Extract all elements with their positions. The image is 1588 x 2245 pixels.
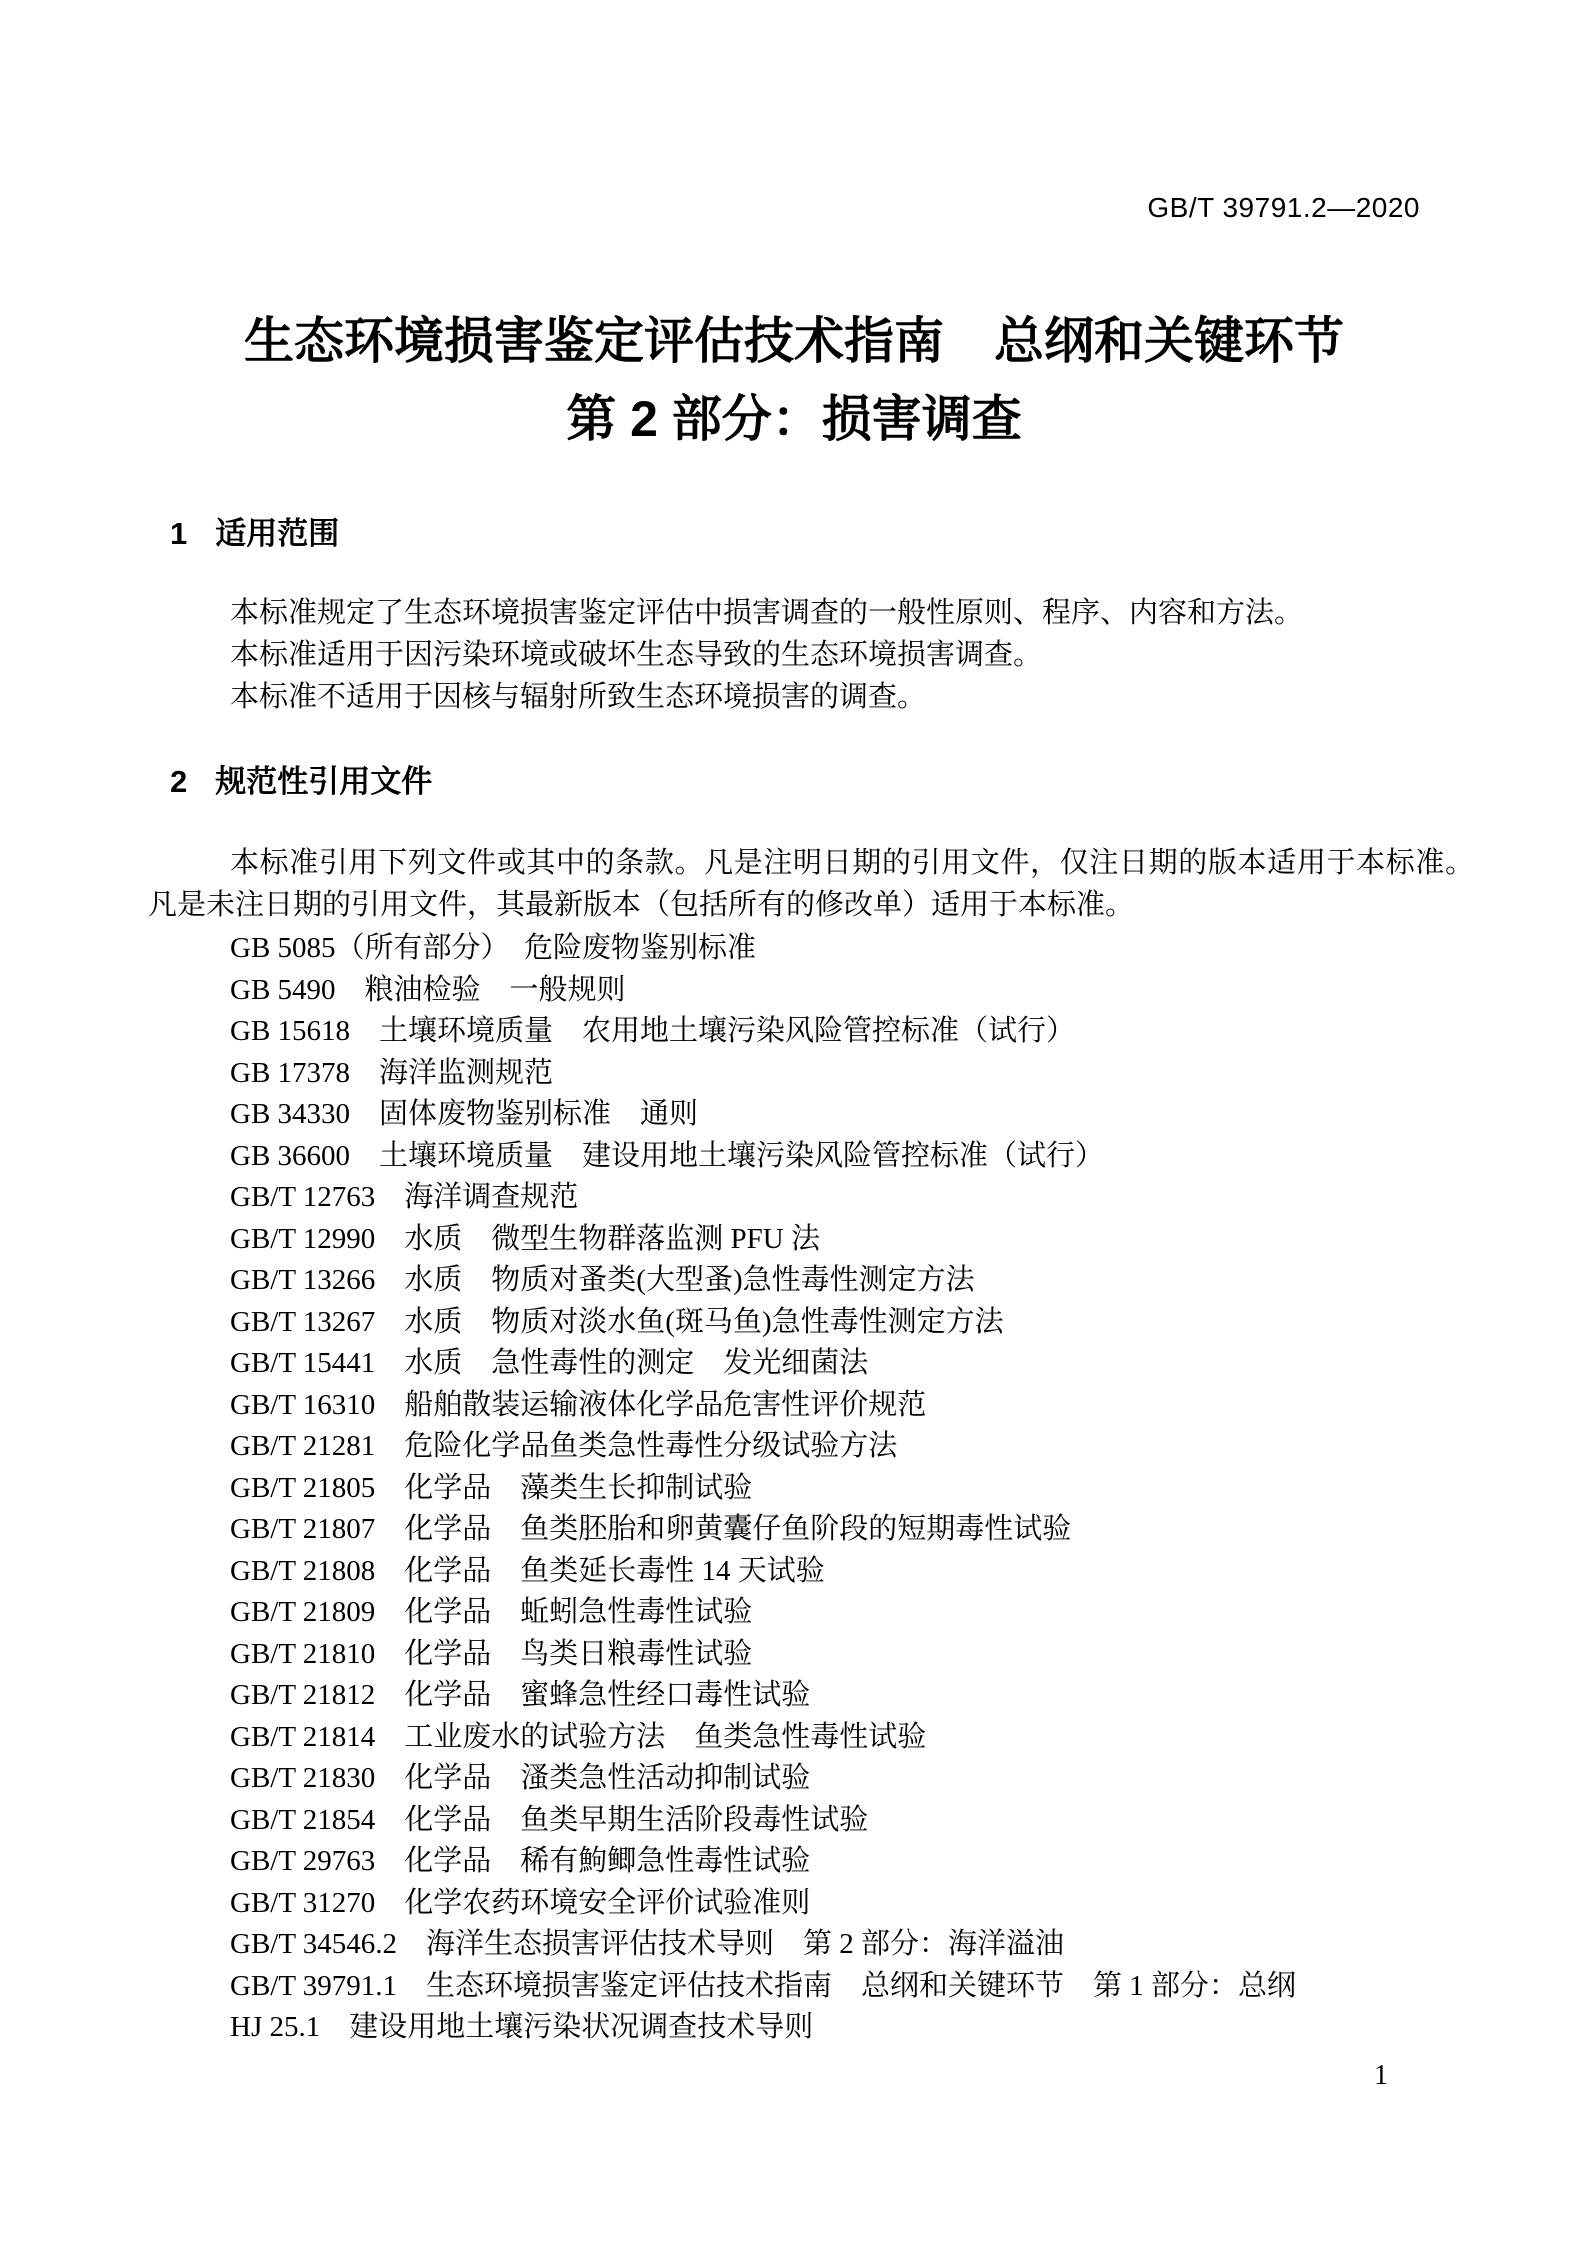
paragraph-line: 本标准引用下列文件或其中的条款。凡是注明日期的引用文件，仅注日期的版本适用于本标… (148, 842, 1474, 884)
reference-item: GB/T 21281 危险化学品鱼类急性毒性分级试验方法 (230, 1426, 1490, 1468)
paragraph: 本标准不适用于因核与辐射所致生态环境损害的调查。 (148, 676, 1474, 718)
reference-item: GB 34330 固体废物鉴别标准 通则 (230, 1094, 1490, 1136)
paragraph-line: 凡是未注日期的引用文件，其最新版本（包括所有的修改单）适用于本标准。 (148, 884, 1474, 926)
reference-item: GB/T 21809 化学品 蚯蚓急性毒性试验 (230, 1592, 1490, 1634)
reference-item: GB/T 29763 化学品 稀有鮈鲫急性毒性试验 (230, 1841, 1490, 1883)
reference-item: GB/T 21830 化学品 溞类急性活动抑制试验 (230, 1758, 1490, 1800)
reference-item: GB/T 34546.2 海洋生态损害评估技术导则 第 2 部分：海洋溢油 (230, 1924, 1490, 1966)
document-title: 生态环境损害鉴定评估技术指南 总纲和关键环节 第 2 部分：损害调查 (0, 316, 1588, 444)
reference-item: GB/T 21814 工业废水的试验方法 鱼类急性毒性试验 (230, 1717, 1490, 1759)
document-page: GB/T 39791.2—2020 生态环境损害鉴定评估技术指南 总纲和关键环节… (0, 0, 1588, 2245)
section-number: 2 (170, 766, 187, 797)
references-intro-paragraph: 本标准引用下列文件或其中的条款。凡是注明日期的引用文件，仅注日期的版本适用于本标… (148, 842, 1474, 926)
document-title-line1: 生态环境损害鉴定评估技术指南 总纲和关键环节 (0, 316, 1588, 366)
section-title: 适用范围 (215, 516, 339, 551)
reference-item: GB/T 21808 化学品 鱼类延长毒性 14 天试验 (230, 1551, 1490, 1593)
reference-item: GB/T 12990 水质 微型生物群落监测 PFU 法 (230, 1219, 1490, 1261)
doc-number: GB/T 39791.2—2020 (1147, 192, 1420, 224)
paragraph: 本标准适用于因污染环境或破坏生态导致的生态环境损害调查。 (148, 634, 1474, 676)
reference-item: GB/T 31270 化学农药环境安全评价试验准则 (230, 1883, 1490, 1925)
section-heading-scope: 1适用范围 (170, 518, 339, 549)
reference-item: GB 15618 土壤环境质量 农用地土壤污染风险管控标准（试行） (230, 1011, 1490, 1053)
reference-item: GB/T 21807 化学品 鱼类胚胎和卵黄囊仔鱼阶段的短期毒性试验 (230, 1509, 1490, 1551)
reference-item: GB/T 15441 水质 急性毒性的测定 发光细菌法 (230, 1343, 1490, 1385)
reference-item: HJ 25.1 建设用地土壤污染状况调查技术导则 (230, 2007, 1490, 2049)
reference-item: GB/T 21810 化学品 鸟类日粮毒性试验 (230, 1634, 1490, 1676)
reference-item: GB 5490 粮油检验 一般规则 (230, 970, 1490, 1012)
reference-item: GB 17378 海洋监测规范 (230, 1053, 1490, 1095)
reference-item: GB/T 21812 化学品 蜜蜂急性经口毒性试验 (230, 1675, 1490, 1717)
section-heading-normative-references: 2规范性引用文件 (170, 766, 432, 797)
reference-item: GB/T 13267 水质 物质对淡水鱼(斑马鱼)急性毒性测定方法 (230, 1302, 1490, 1344)
scope-paragraphs: 本标准规定了生态环境损害鉴定评估中损害调查的一般性原则、程序、内容和方法。 本标… (148, 592, 1474, 718)
reference-item: GB 5085（所有部分） 危险废物鉴别标准 (230, 928, 1490, 970)
section-title: 规范性引用文件 (215, 764, 432, 799)
reference-item: GB/T 21805 化学品 藻类生长抑制试验 (230, 1468, 1490, 1510)
paragraph: 本标准规定了生态环境损害鉴定评估中损害调查的一般性原则、程序、内容和方法。 (148, 592, 1474, 634)
references-list: GB 5085（所有部分） 危险废物鉴别标准 GB 5490 粮油检验 一般规则… (230, 928, 1490, 2049)
reference-item: GB/T 13266 水质 物质对蚤类(大型蚤)急性毒性测定方法 (230, 1260, 1490, 1302)
page-number: 1 (1374, 2060, 1388, 2092)
reference-item: GB/T 21854 化学品 鱼类早期生活阶段毒性试验 (230, 1800, 1490, 1842)
reference-item: GB 36600 土壤环境质量 建设用地土壤污染风险管控标准（试行） (230, 1136, 1490, 1178)
section-number: 1 (170, 518, 187, 549)
reference-item: GB/T 39791.1 生态环境损害鉴定评估技术指南 总纲和关键环节 第 1 … (230, 1966, 1490, 2008)
document-title-line2: 第 2 部分：损害调查 (0, 394, 1588, 444)
reference-item: GB/T 16310 船舶散装运输液体化学品危害性评价规范 (230, 1385, 1490, 1427)
reference-item: GB/T 12763 海洋调查规范 (230, 1177, 1490, 1219)
